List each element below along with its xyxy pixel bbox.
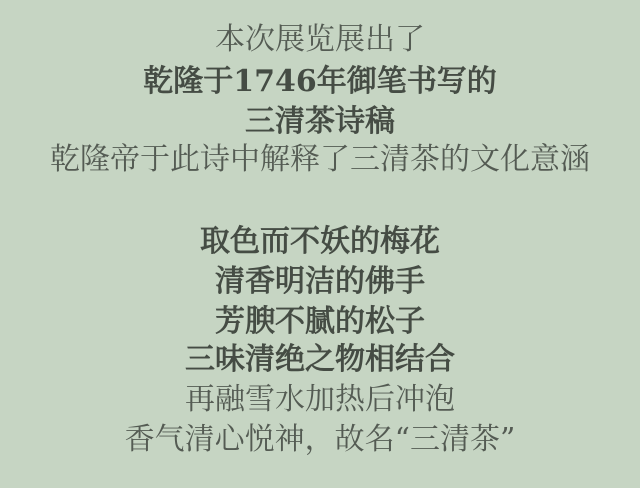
stanza2-line-4: 三味清绝之物相结合 [0, 340, 640, 380]
stanza1-line-3: 三清茶诗稿 [0, 102, 640, 142]
stanza1-line-4: 乾隆帝于此诗中解释了三清茶的文化意涵 [0, 140, 640, 180]
poem-text-block: 本次展览展出了 乾隆于1746年御笔书写的 三清茶诗稿 乾隆帝于此诗中解释了三清… [0, 0, 640, 488]
stanza1-line-2: 乾隆于1746年御笔书写的 [0, 62, 640, 102]
stanza2-line-6: 香气清心悦神，故名“三清茶” [0, 420, 640, 460]
stanza2-line-2: 清香明洁的佛手 [0, 262, 640, 302]
stanza2-line-3: 芳腴不腻的松子 [0, 302, 640, 342]
stanza1-line-1: 本次展览展出了 [0, 20, 640, 60]
stanza2-line-5: 再融雪水加热后冲泡 [0, 380, 640, 420]
stanza2-line-1: 取色而不妖的梅花 [0, 222, 640, 262]
